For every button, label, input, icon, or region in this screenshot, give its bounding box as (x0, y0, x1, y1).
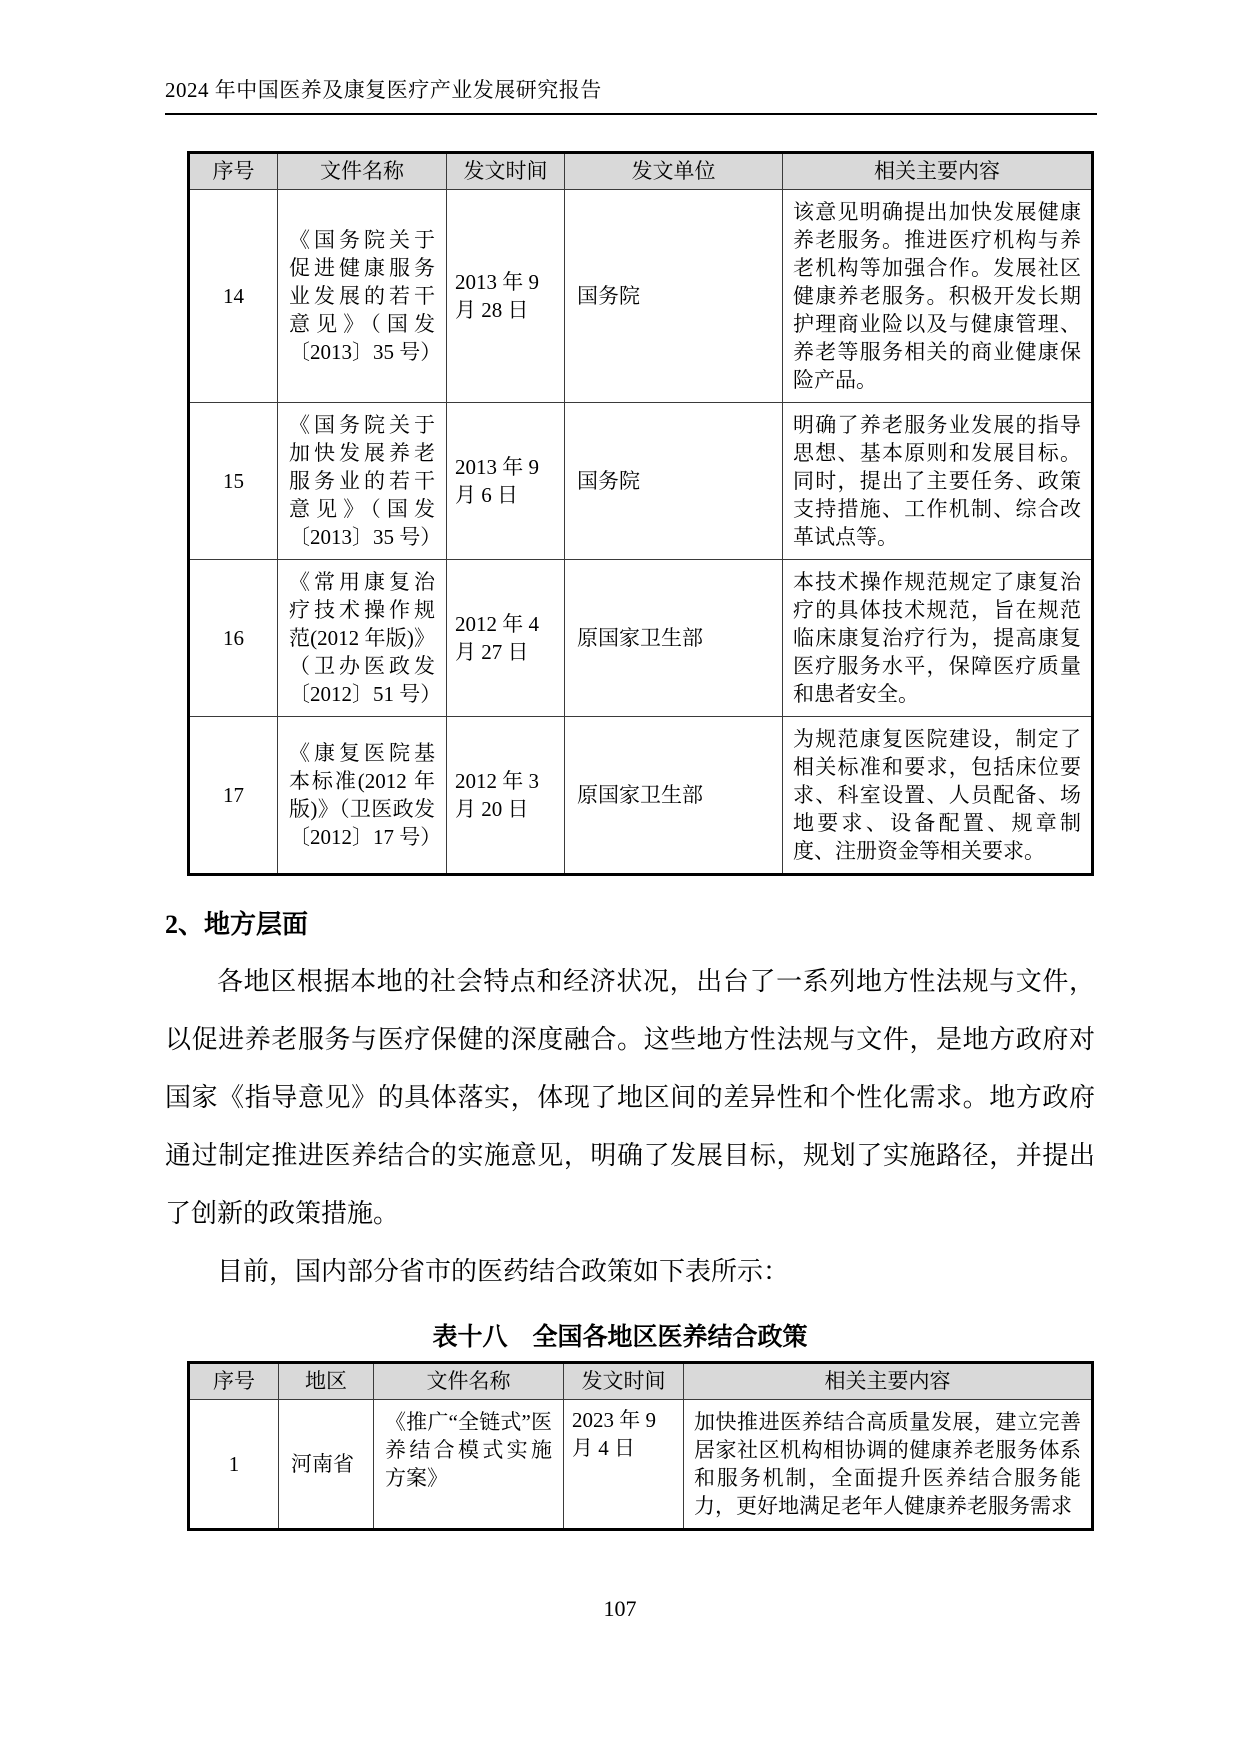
t2row1-content: 加快推进医养结合高质量发展，建立完善居家社区机构相协调的健康养老服务体系和服务机… (684, 1400, 1093, 1530)
document-page: 2024 年中国医养及康复医疗产业发展研究报告 序号 文件名称 发文时间 发文单… (0, 0, 1240, 1754)
table1-col-date: 发文时间 (447, 153, 565, 190)
table-row-16: 16 《常用康复治疗技术操作规范(2012 年版)》（卫办医政发〔2012〕51… (189, 560, 1093, 717)
row16-doc-name: 《常用康复治疗技术操作规范(2012 年版)》（卫办医政发〔2012〕51 号） (278, 560, 447, 717)
body-paragraph-1: 各地区根据本地的社会特点和经济状况，出台了一系列地方性法规与文件，以促进养老服务… (165, 953, 1095, 1243)
row16-unit: 原国家卫生部 (565, 560, 783, 717)
row17-content: 为规范康复医院建设，制定了相关标准和要求，包括床位要求、科室设置、人员配备、场地… (783, 717, 1093, 875)
row14-no: 14 (189, 190, 278, 403)
section-heading: 2、地方层面 (165, 904, 1097, 941)
table1-col-name: 文件名称 (278, 153, 447, 190)
table1-header-row: 序号 文件名称 发文时间 发文单位 相关主要内容 (189, 153, 1093, 190)
row16-content: 本技术操作规范规定了康复治疗的具体技术规范，旨在规范临床康复治疗行为，提高康复医… (783, 560, 1093, 717)
row17-date: 2012 年 3 月 20 日 (447, 717, 565, 875)
row14-date: 2013 年 9 月 28 日 (447, 190, 565, 403)
t2row1-no: 1 (189, 1400, 279, 1530)
table1-col-unit: 发文单位 (565, 153, 783, 190)
table2-col-no: 序号 (189, 1363, 279, 1400)
table2-col-region: 地区 (279, 1363, 374, 1400)
page-number: 107 (0, 1596, 1240, 1622)
table2-caption: 表十八 全国各地区医养结合政策 (0, 1317, 1240, 1353)
row16-date: 2012 年 4 月 27 日 (447, 560, 565, 717)
body-paragraph-2: 目前，国内部分省市的医药结合政策如下表所示： (165, 1243, 1095, 1301)
national-policy-table: 序号 文件名称 发文时间 发文单位 相关主要内容 14 《国务院关于促进健康服务… (187, 151, 1094, 876)
table-row-14: 14 《国务院关于促进健康服务业发展的若干意见》（国发〔2013〕35 号） 2… (189, 190, 1093, 403)
table2-row-1: 1 河南省 《推广“全链式”医养结合模式实施方案》 2023 年 9 月 4 日… (189, 1400, 1093, 1530)
table2-header-row: 序号 地区 文件名称 发文时间 相关主要内容 (189, 1363, 1093, 1400)
t2row1-date: 2023 年 9 月 4 日 (564, 1400, 684, 1530)
table2-col-date: 发文时间 (564, 1363, 684, 1400)
table-row-17: 17 《康复医院基本标准(2012 年版)》（卫医政发〔2012〕17 号） 2… (189, 717, 1093, 875)
row17-unit: 原国家卫生部 (565, 717, 783, 875)
row17-doc-name: 《康复医院基本标准(2012 年版)》（卫医政发〔2012〕17 号） (278, 717, 447, 875)
row15-date: 2013 年 9 月 6 日 (447, 403, 565, 560)
row15-content: 明确了养老服务业发展的指导思想、基本原则和发展目标。同时，提出了主要任务、政策支… (783, 403, 1093, 560)
table2-col-name: 文件名称 (374, 1363, 564, 1400)
row15-unit: 国务院 (565, 403, 783, 560)
row14-doc-name: 《国务院关于促进健康服务业发展的若干意见》（国发〔2013〕35 号） (278, 190, 447, 403)
row14-unit: 国务院 (565, 190, 783, 403)
table-row-15: 15 《国务院关于加快发展养老服务业的若干意见》（国发〔2013〕35 号） 2… (189, 403, 1093, 560)
row14-content: 该意见明确提出加快发展健康养老服务。推进医疗机构与养老机构等加强合作。发展社区健… (783, 190, 1093, 403)
table1-col-no: 序号 (189, 153, 278, 190)
t2row1-doc-name: 《推广“全链式”医养结合模式实施方案》 (374, 1400, 564, 1530)
row15-doc-name: 《国务院关于加快发展养老服务业的若干意见》（国发〔2013〕35 号） (278, 403, 447, 560)
regional-policy-table: 序号 地区 文件名称 发文时间 相关主要内容 1 河南省 《推广“全链式”医养结… (187, 1361, 1094, 1531)
page-header: 2024 年中国医养及康复医疗产业发展研究报告 (165, 74, 1097, 115)
row15-no: 15 (189, 403, 278, 560)
t2row1-region: 河南省 (279, 1400, 374, 1530)
row16-no: 16 (189, 560, 278, 717)
table2-col-content: 相关主要内容 (684, 1363, 1093, 1400)
report-title: 2024 年中国医养及康复医疗产业发展研究报告 (165, 78, 602, 102)
table1-col-content: 相关主要内容 (783, 153, 1093, 190)
row17-no: 17 (189, 717, 278, 875)
